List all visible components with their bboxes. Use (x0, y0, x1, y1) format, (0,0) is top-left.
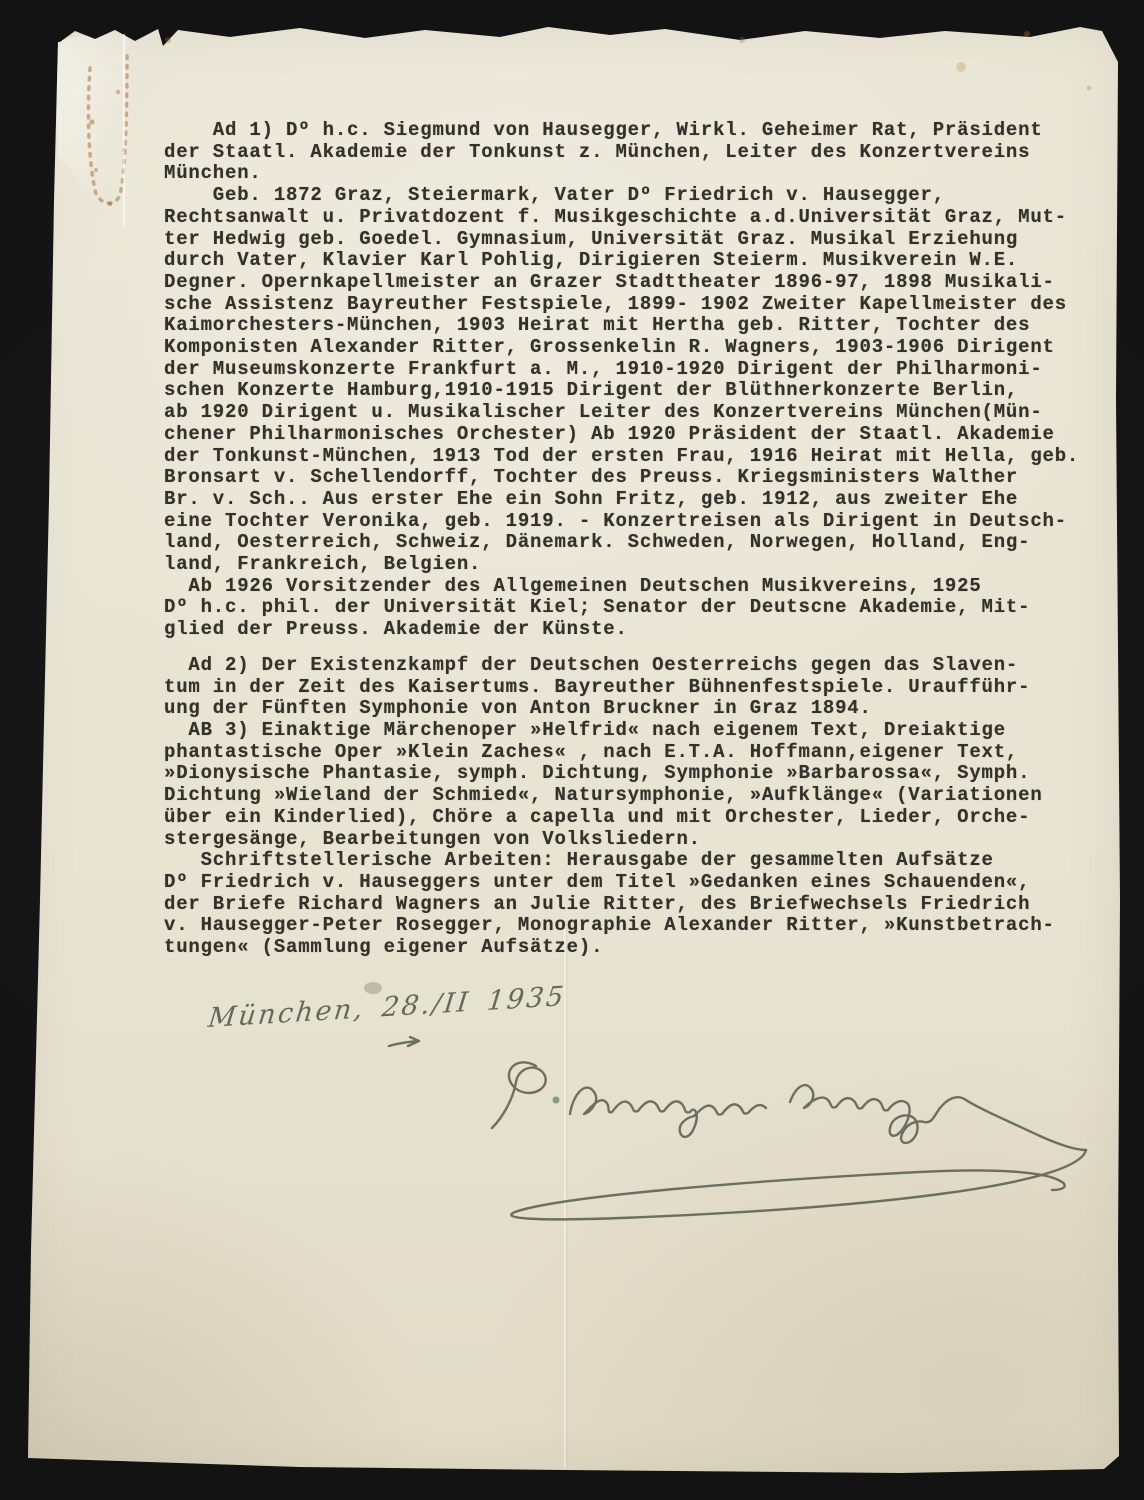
typed-line: stergesänge, Bearbeitungen von Volkslied… (164, 829, 1120, 851)
typed-line: v. Hausegger-Peter Rosegger, Monographie… (164, 915, 1120, 937)
document-page: Ad 1) Dº h.c. Siegmund von Hausegger, Wi… (0, 0, 1144, 1500)
typed-line: tum in der Zeit des Kaisertums. Bayreuth… (164, 677, 1120, 699)
typed-line: der Museumskonzerte Frankfurt a. M., 191… (164, 359, 1120, 381)
typed-line: Ad 2) Der Existenzkampf der Deutschen Oe… (164, 655, 1120, 677)
typed-line: ab 1920 Dirigent u. Musikalischer Leiter… (164, 402, 1120, 424)
typed-line: AB 3) Einaktige Märchenoper »Helfrid« na… (164, 720, 1120, 742)
typed-line: tungen« (Sammlung eigener Aufsätze). (164, 937, 1120, 959)
typed-text-block: Ad 1) Dº h.c. Siegmund von Hausegger, Wi… (164, 120, 1120, 959)
typed-line: schen Konzerte Hamburg,1910-1915 Dirigen… (164, 380, 1120, 402)
typed-line: ung der Fünften Symphonie von Anton Bruc… (164, 698, 1120, 720)
typed-line: durch Vater, Klavier Karl Pohlig, Dirigi… (164, 250, 1120, 272)
typed-line: der Tonkunst-München, 1913 Tod der erste… (164, 446, 1120, 468)
typed-line: der Staatl. Akademie der Tonkunst z. Mün… (164, 142, 1120, 164)
typed-line: phantastische Oper »Klein Zaches« , nach… (164, 742, 1120, 764)
typed-line: land, Frankreich, Belgien. (164, 554, 1120, 576)
typed-line: Dº Friedrich v. Hauseggers unter dem Tit… (164, 872, 1120, 894)
typed-line: Geb. 1872 Graz, Steiermark, Vater Dº Fri… (164, 185, 1120, 207)
typed-line: land, Oesterreich, Schweiz, Dänemark. Sc… (164, 532, 1120, 554)
typed-line: München. (164, 163, 1120, 185)
paragraph-ad-3-works: AB 3) Einaktige Märchenoper »Helfrid« na… (164, 720, 1120, 850)
typed-line: Schriftstellerische Arbeiten: Herausgabe… (164, 850, 1120, 872)
handwritten-dateline: München, 28./II 1935 (207, 981, 568, 1034)
typed-line: sche Assistenz Bayreuther Festspiele, 18… (164, 294, 1120, 316)
paragraph-ad-2: Ad 2) Der Existenzkampf der Deutschen Oe… (164, 655, 1120, 720)
typed-line: eine Tochter Veronika, geb. 1919. - Konz… (164, 511, 1120, 533)
typed-line: über ein Kinderlied), Chöre a capella un… (164, 807, 1120, 829)
paragraph-writings: Schriftstellerische Arbeiten: Herausgabe… (164, 850, 1120, 959)
typed-line: Kaimorchesters-München, 1903 Heirat mit … (164, 315, 1120, 337)
corner-fold (56, 28, 134, 233)
paragraph-biography: Geb. 1872 Graz, Steiermark, Vater Dº Fri… (164, 185, 1120, 576)
typed-line: Komponisten Alexander Ritter, Grossenkel… (164, 337, 1120, 359)
paragraph-ad-1: Ad 1) Dº h.c. Siegmund von Hausegger, Wi… (164, 120, 1120, 185)
typed-line: Ad 1) Dº h.c. Siegmund von Hausegger, Wi… (164, 120, 1120, 142)
typed-line: Bronsart v. Schellendorff, Tochter des P… (164, 467, 1120, 489)
typed-line: glied der Preuss. Akademie der Künste. (164, 619, 1120, 641)
typed-line: Dº h.c. phil. der Universität Kiel; Sena… (164, 597, 1120, 619)
typed-line: der Briefe Richard Wagners an Julie Ritt… (164, 894, 1120, 916)
typed-line: Br. v. Sch.. Aus erster Ehe ein Sohn Fri… (164, 489, 1120, 511)
typed-line: chener Philharmonisches Orchester) Ab 19… (164, 424, 1120, 446)
typed-line: Rechtsanwalt u. Privatdozent f. Musikges… (164, 207, 1120, 229)
typed-line: ter Hedwig geb. Goedel. Gymnasium, Unive… (164, 229, 1120, 251)
paragraph-honours: Ab 1926 Vorsitzender des Allgemeinen Deu… (164, 576, 1120, 641)
typed-line: Degner. Opernkapellmeister an Grazer Sta… (164, 272, 1120, 294)
typed-line: Dichtung »Wieland der Schmied«, Natursym… (164, 785, 1120, 807)
typed-line: Ab 1926 Vorsitzender des Allgemeinen Deu… (164, 576, 1120, 598)
typed-line: »Dionysische Phantasie, symph. Dichtung,… (164, 763, 1120, 785)
